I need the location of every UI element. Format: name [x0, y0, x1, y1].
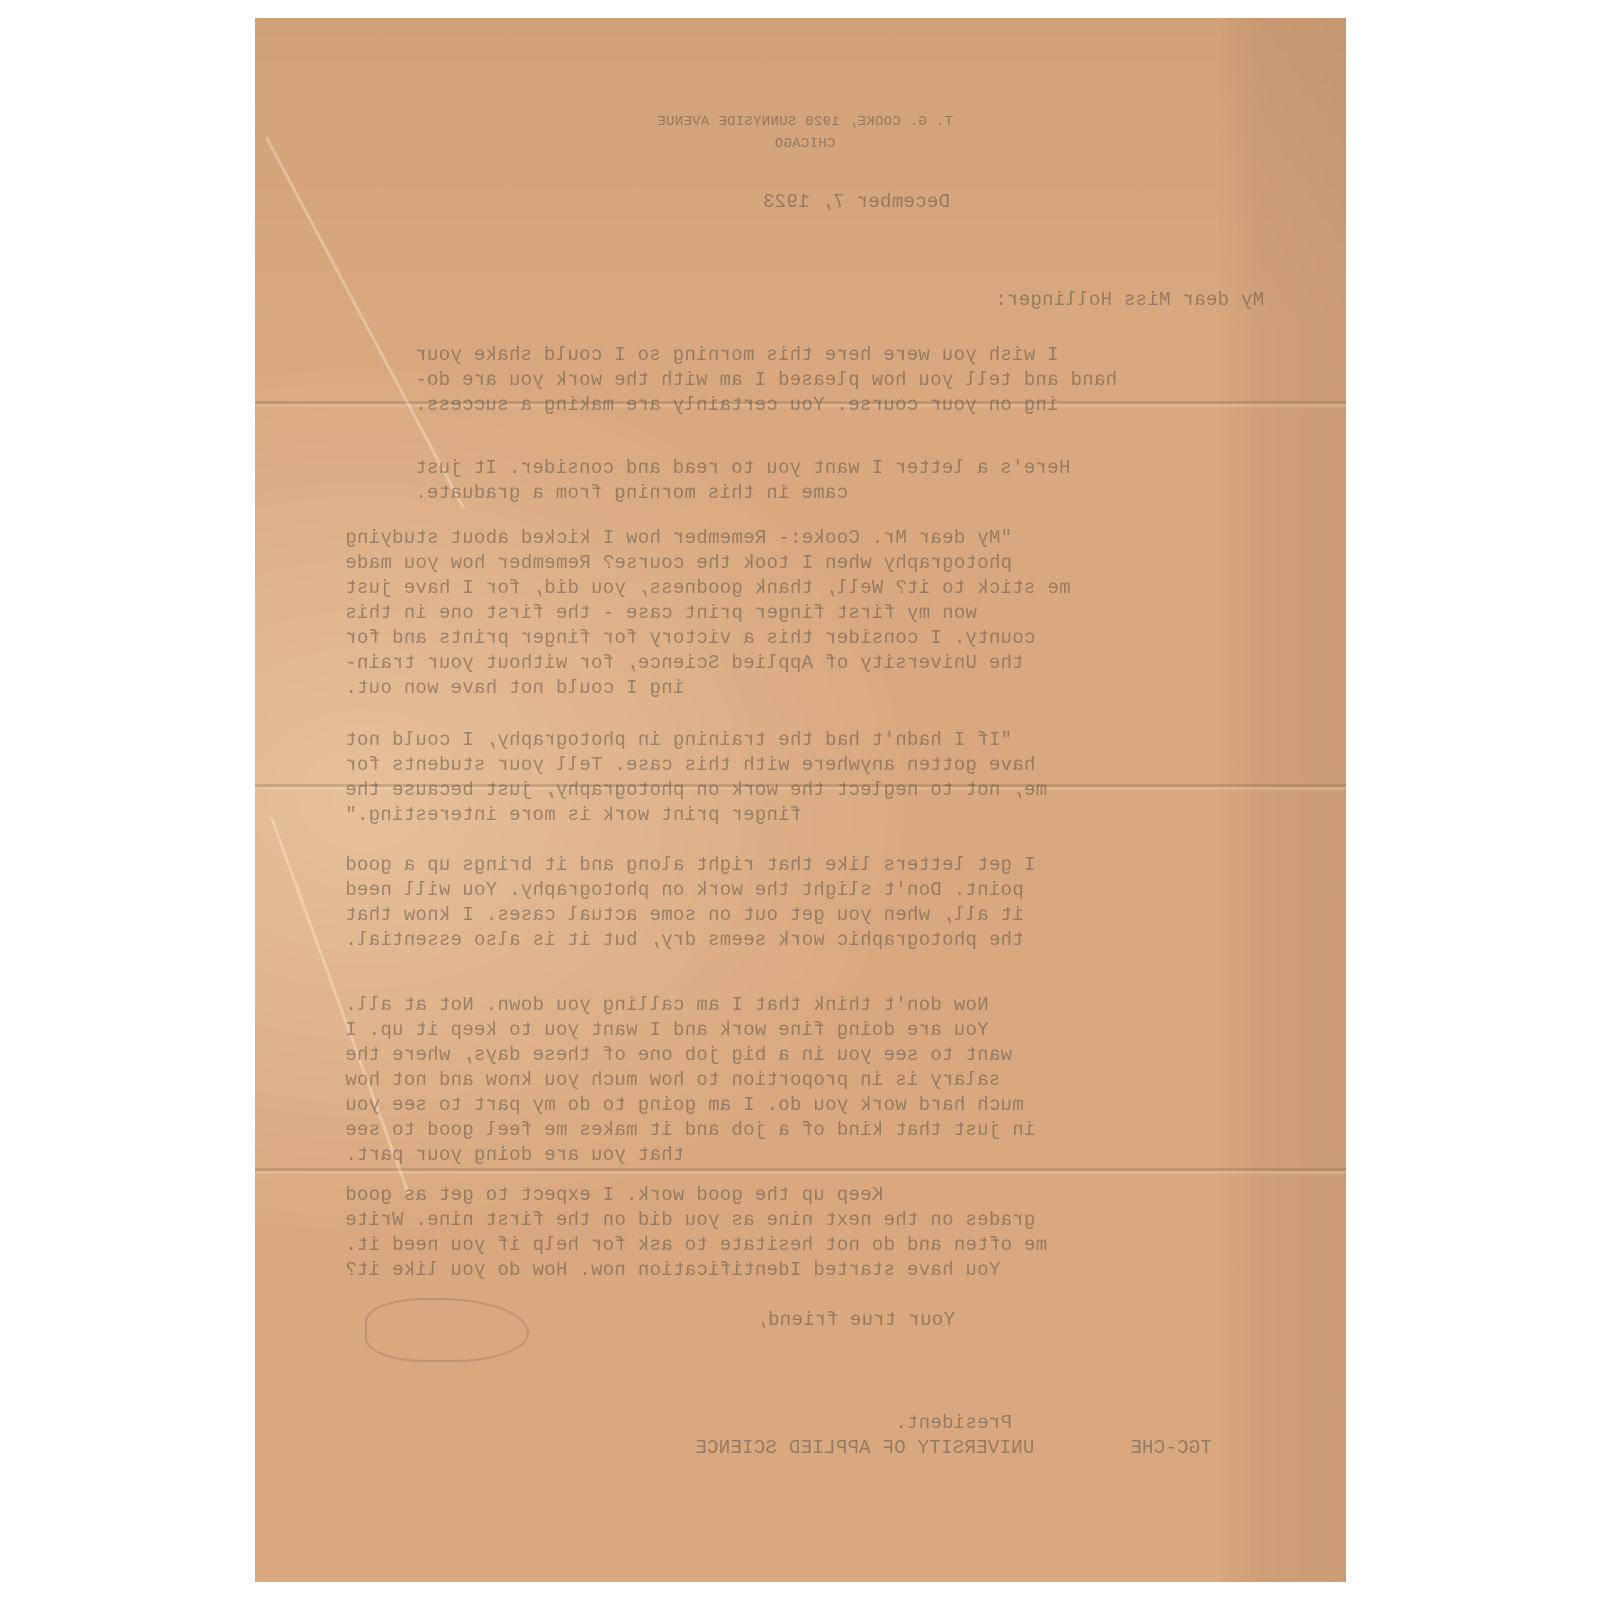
paragraph-3: "My dear Mr. Cooke:- Remember how I kick…	[345, 526, 1335, 701]
letter-date: December 7, 1923	[630, 190, 950, 215]
paragraph-1: I wish you were here this morning so I c…	[415, 343, 1335, 418]
signature-title: President.	[895, 1411, 1095, 1436]
fold-line-lower	[255, 1168, 1346, 1171]
closing: Your true friend,	[695, 1308, 955, 1333]
handwritten-scribble	[365, 1298, 529, 1362]
paragraph-4: "If I hadn't had the training in photogr…	[345, 728, 1335, 828]
letterhead-line2: CHICAGO	[505, 132, 1105, 157]
paragraph-6: Now don't think that I am calling you do…	[345, 993, 1335, 1168]
letter-paper: T. G. COOKE, 1920 SUNNYSIDE AVENUE CHICA…	[255, 18, 1346, 1582]
reference-initials: TGC-CHE	[1130, 1436, 1250, 1461]
salutation: My dear Miss Hollinger:	[995, 288, 1335, 313]
signature-organization: UNIVERSITY OF APPLIED SCIENCE	[695, 1436, 1095, 1461]
paragraph-2: Here's a letter I want you to read and c…	[415, 456, 1335, 506]
paragraph-5: I get letters like that right along and …	[345, 853, 1335, 953]
paragraph-7: Keep up the good work. I expect to get a…	[345, 1183, 1335, 1283]
crease	[265, 137, 465, 509]
